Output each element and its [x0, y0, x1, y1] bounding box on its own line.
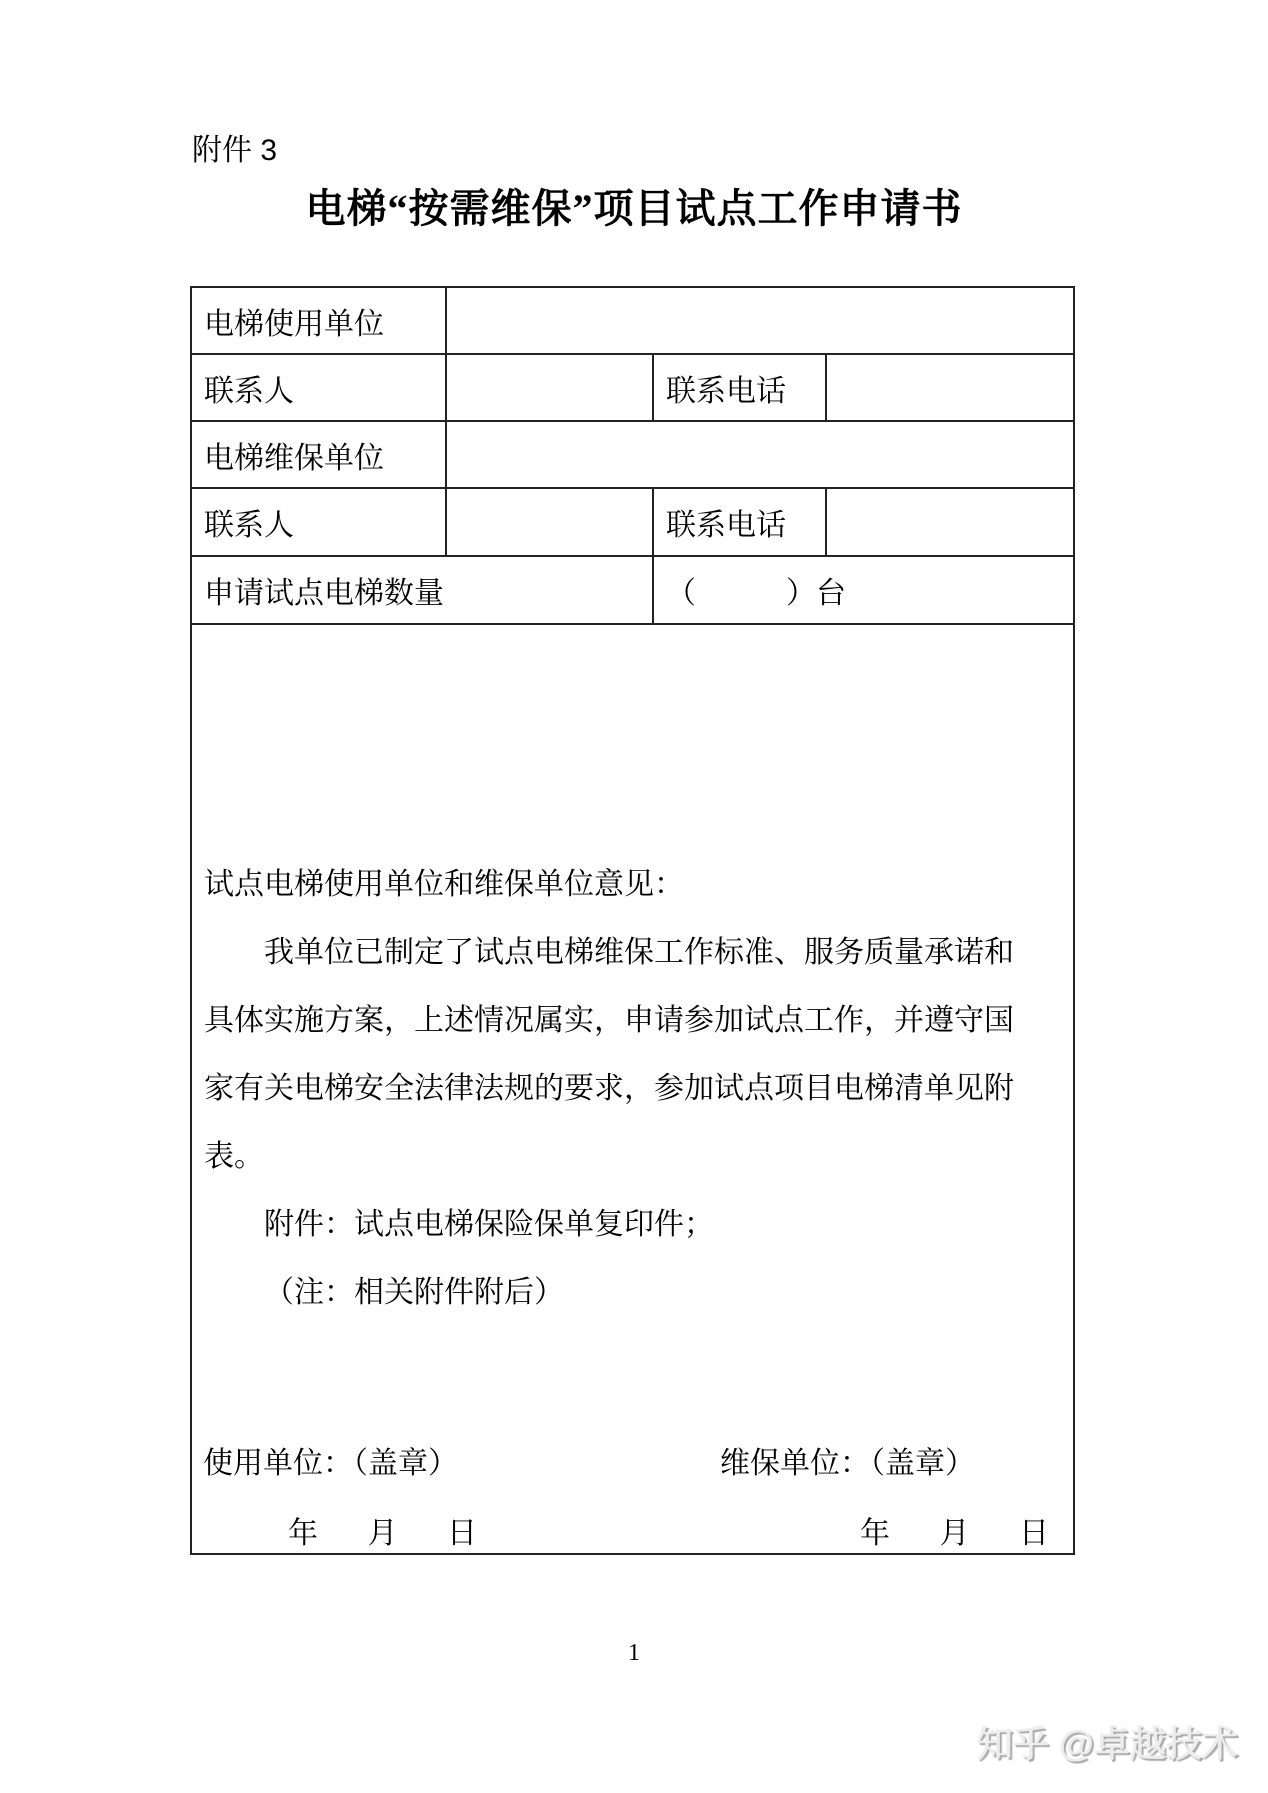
opinion-line: 家有关电梯安全法律法规的要求，参加试点项目电梯清单见附 [204, 1055, 1073, 1123]
opinion-line: 表。 [204, 1123, 1073, 1191]
watermark: 知乎 @卓越技术 [977, 1716, 1238, 1767]
contact-person-label: 联系人 [191, 354, 446, 421]
use-unit-label: 电梯使用单位 [191, 287, 446, 354]
maintenance-unit-label: 电梯维保单位 [191, 421, 446, 488]
opinion-row: 试点电梯使用单位和维保单位意见： 我单位已制定了试点电梯维保工作标准、服务质量承… [191, 624, 1074, 1554]
contact-phone-2-label: 联系电话 [653, 488, 826, 556]
application-form-table: 电梯使用单位 联系人 联系电话 电梯维保单位 联系人 联系电话 申请试点电梯数量… [190, 286, 1075, 1555]
month-label: 月 [940, 1517, 970, 1550]
contact-phone-value-cell [826, 354, 1074, 421]
page-number: 1 [0, 1640, 1268, 1667]
document-page: 附件 3 电梯“按需维保”项目试点工作申请书 电梯使用单位 联系人 联系电话 电… [0, 0, 1268, 1793]
date-line-use-unit: 年 月 日 [288, 1508, 477, 1552]
opinion-heading: 试点电梯使用单位和维保单位意见： [204, 851, 1073, 919]
attachment-label: 附件 3 [192, 134, 277, 168]
maintenance-unit-value-cell [446, 421, 1074, 488]
month-label: 月 [368, 1517, 398, 1550]
use-unit-seal-label: 使用单位：（盖章） [203, 1438, 458, 1482]
opinion-cell: 试点电梯使用单位和维保单位意见： 我单位已制定了试点电梯维保工作标准、服务质量承… [191, 624, 1074, 1554]
maintenance-contact-row: 联系人 联系电话 [191, 488, 1074, 556]
pilot-count-value: （ ）台 [653, 556, 1074, 624]
day-label: 日 [1019, 1517, 1049, 1550]
pilot-count-row: 申请试点电梯数量 （ ）台 [191, 556, 1074, 624]
contact-phone-2-value-cell [826, 488, 1074, 556]
use-unit-contact-row: 联系人 联系电话 [191, 354, 1074, 421]
contact-person-2-value-cell [446, 488, 653, 556]
year-label: 年 [860, 1517, 890, 1550]
year-label: 年 [288, 1517, 318, 1550]
opinion-line: 我单位已制定了试点电梯维保工作标准、服务质量承诺和 [204, 919, 1073, 987]
date-line-maintenance-unit: 年 月 日 [860, 1508, 1049, 1552]
use-unit-value-cell [446, 287, 1074, 354]
use-unit-row: 电梯使用单位 [191, 287, 1074, 354]
page-title: 电梯“按需维保”项目试点工作申请书 [0, 186, 1268, 232]
maintenance-unit-row: 电梯维保单位 [191, 421, 1074, 488]
contact-phone-label: 联系电话 [653, 354, 826, 421]
maintenance-unit-seal-label: 维保单位：（盖章） [720, 1438, 975, 1482]
opinion-attachment-line: 附件：试点电梯保险保单复印件； [204, 1191, 1073, 1259]
pilot-count-label: 申请试点电梯数量 [191, 556, 653, 624]
opinion-note-line: （注：相关附件附后） [204, 1259, 1073, 1327]
opinion-line: 具体实施方案，上述情况属实，申请参加试点工作，并遵守国 [204, 987, 1073, 1055]
contact-person-value-cell [446, 354, 653, 421]
day-label: 日 [447, 1517, 477, 1550]
contact-person-2-label: 联系人 [191, 488, 446, 556]
